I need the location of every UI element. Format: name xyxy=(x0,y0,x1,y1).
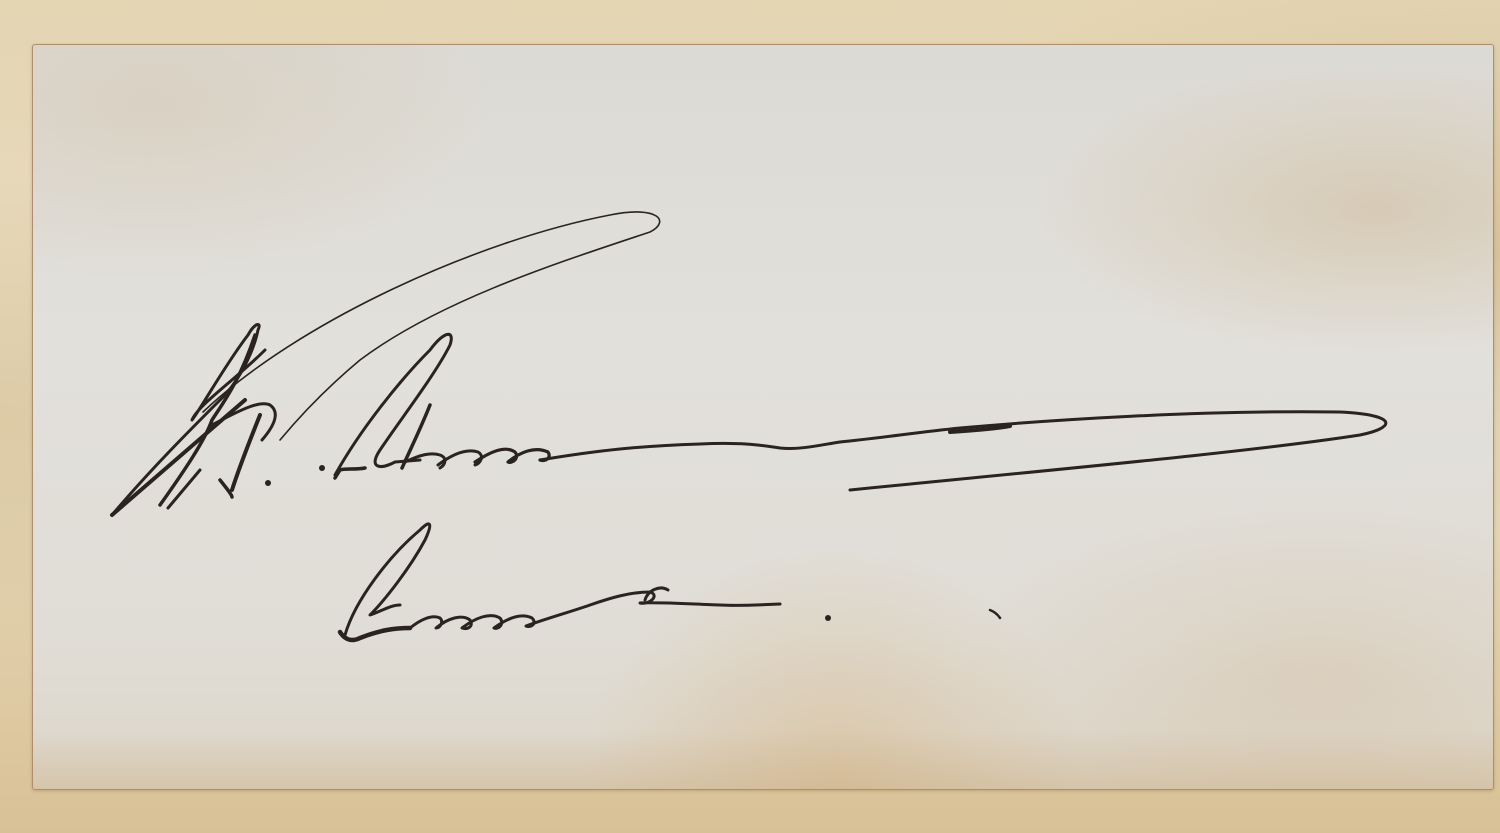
signature-w-stroke xyxy=(112,325,265,515)
signature-general-g xyxy=(345,524,430,635)
signature-general-rest xyxy=(410,592,780,629)
handwritten-signature xyxy=(0,0,1500,833)
signature-underline-flourish xyxy=(540,412,1386,490)
